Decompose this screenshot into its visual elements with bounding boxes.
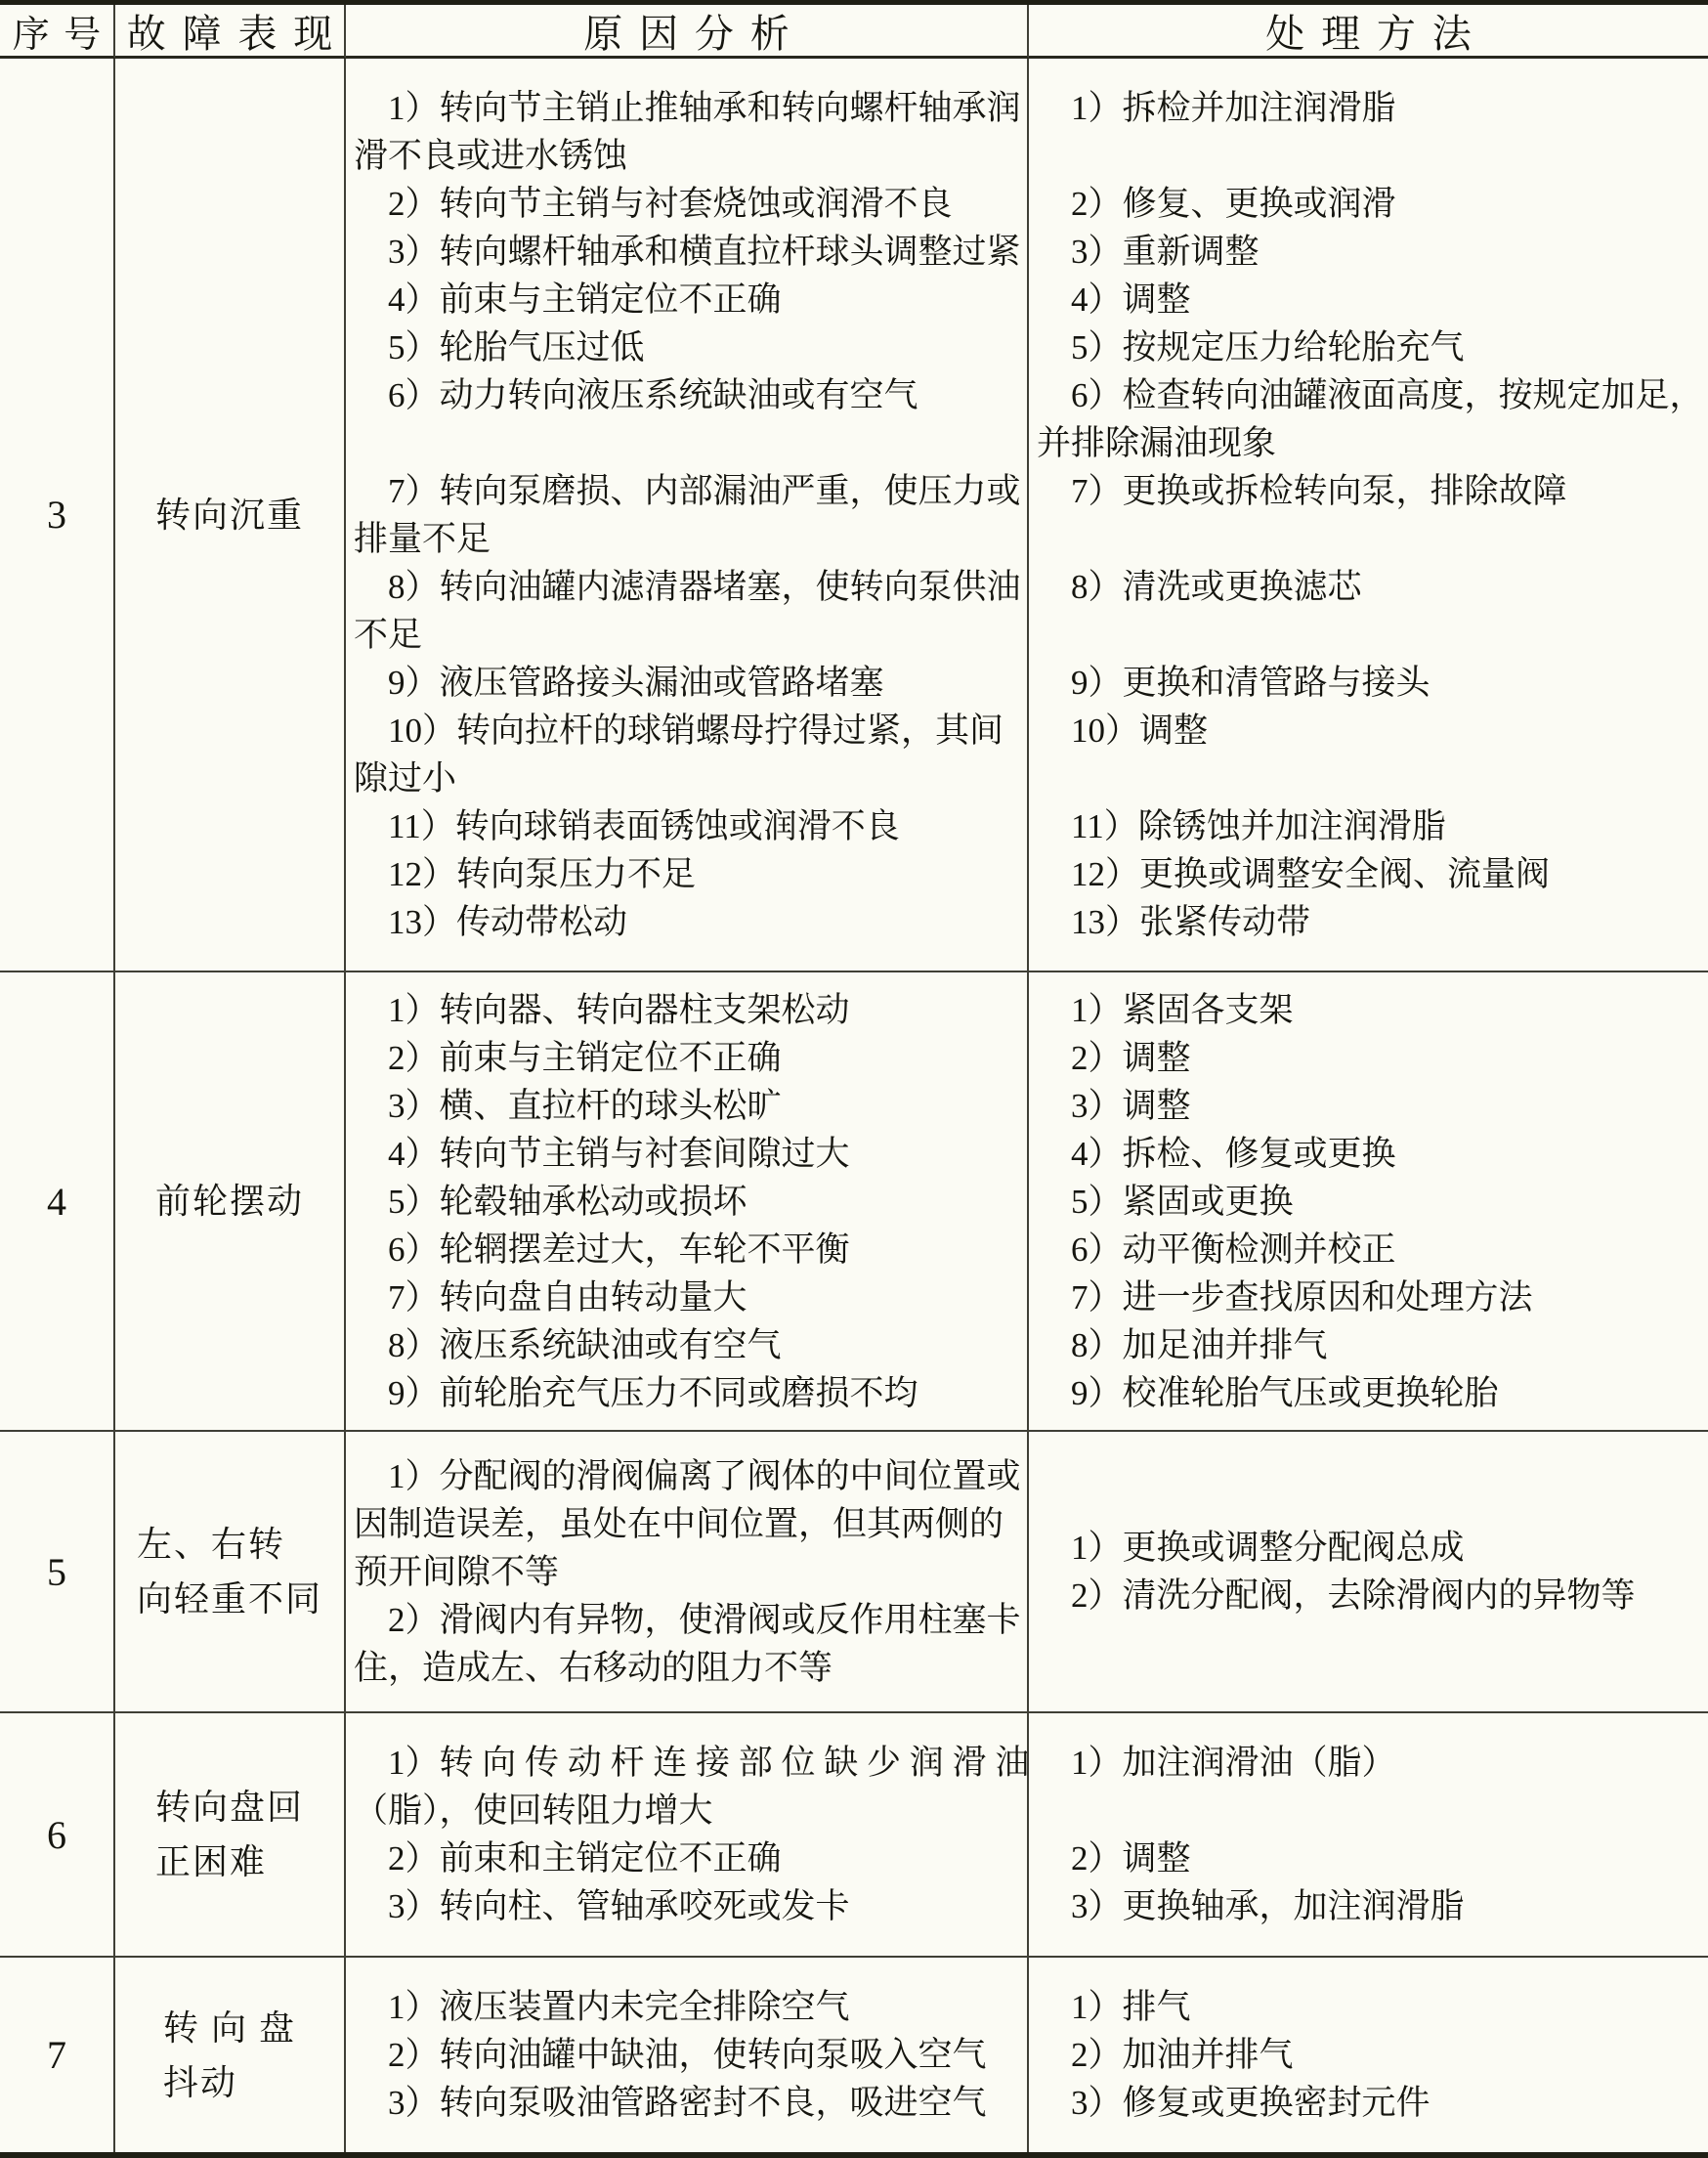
text-line: 4）拆检、修复或更换 xyxy=(1037,1130,1700,1178)
text-line: （脂），使回转阻力增大 xyxy=(354,1787,1019,1834)
treatment-method-cell: 1）加注润滑油（脂） 2）调整 3）更换轴承，加注润滑脂 xyxy=(1029,1713,1708,1958)
text-line: 1）加注润滑油（脂） xyxy=(1037,1739,1700,1787)
text-line: 5）按规定压力给轮胎充气 xyxy=(1037,324,1700,371)
row-number: 4 xyxy=(0,972,115,1432)
text-line: 住，造成左、右移动的阻力不等 xyxy=(354,1644,1019,1692)
text-line: 3）调整 xyxy=(1037,1082,1700,1130)
text-line: 2）滑阀内有异物，使滑阀或反作用柱塞卡 xyxy=(354,1596,1019,1644)
fault-label-line: 抖动 xyxy=(163,2055,296,2110)
text-line: 1）转 向 传 动 杆 连 接 部 位 缺 少 润 滑 油 xyxy=(354,1739,1019,1787)
text-line xyxy=(1037,1787,1700,1834)
text-line: 8）加足油并排气 xyxy=(1037,1321,1700,1369)
text-line: 排量不足 xyxy=(354,515,1019,563)
fault-label: 转向盘回正困难 xyxy=(155,1780,304,1889)
text-line: 8）液压系统缺油或有空气 xyxy=(354,1321,1019,1369)
text-line: 1）转向器、转向器柱支架松动 xyxy=(354,986,1019,1034)
fault-label-cell: 转 向 盘抖动 xyxy=(115,1958,346,2152)
text-line: 3）更换轴承，加注润滑脂 xyxy=(1037,1882,1700,1930)
text-line: 5）轮胎气压过低 xyxy=(354,324,1019,371)
text-line: 2）前束和主销定位不正确 xyxy=(354,1834,1019,1882)
fault-table: 序号 故障表现 原因分析 处理方法 3转向沉重 1）转向节主销止推轴承和转向螺杆… xyxy=(0,0,1708,2158)
text-line: 并排除漏油现象 xyxy=(1037,419,1700,467)
text-line: 1）紧固各支架 xyxy=(1037,986,1700,1034)
text-line: 8）转向油罐内滤清器堵塞，使转向泵供油 xyxy=(354,563,1019,611)
text-line: 1）排气 xyxy=(1037,1983,1700,2031)
text-line: 8）清洗或更换滤芯 xyxy=(1037,563,1700,611)
text-line: 3）修复或更换密封元件 xyxy=(1037,2079,1700,2127)
fault-label-line: 正困难 xyxy=(155,1834,304,1889)
fault-label-line: 前轮摆动 xyxy=(155,1174,304,1229)
text-line: 隙过小 xyxy=(354,755,1019,802)
text-line: 9）前轮胎充气压力不同或磨损不均 xyxy=(354,1369,1019,1417)
text-line: 11）除锈蚀并加注润滑脂 xyxy=(1037,802,1700,850)
text-line: 13）张紧传动带 xyxy=(1037,898,1700,946)
text-line: 10）转向拉杆的球销螺母拧得过紧，其间 xyxy=(354,707,1019,755)
text-line xyxy=(1037,515,1700,563)
text-line: 9）液压管路接头漏油或管路堵塞 xyxy=(354,659,1019,707)
text-line: 不足 xyxy=(354,611,1019,659)
text-line: 1）转向节主销止推轴承和转向螺杆轴承润 xyxy=(354,84,1019,132)
text-line: 1）分配阀的滑阀偏离了阀体的中间位置或 xyxy=(354,1452,1019,1500)
fault-label-cell: 转向盘回正困难 xyxy=(115,1713,346,1958)
text-line: 2）修复、更换或润滑 xyxy=(1037,180,1700,228)
text-line: 4）调整 xyxy=(1037,276,1700,324)
fault-label-cell: 左、右转向轻重不同 xyxy=(115,1432,346,1713)
header-cell-treatment: 处理方法 xyxy=(1029,5,1708,59)
row-number: 7 xyxy=(0,1958,115,2152)
text-line: 滑不良或进水锈蚀 xyxy=(354,132,1019,180)
header-cell-number: 序号 xyxy=(0,5,115,59)
treatment-method-cell: 1）紧固各支架 2）调整 3）调整 4）拆检、修复或更换 5）紧固或更换 6）动… xyxy=(1029,972,1708,1432)
fault-label: 左、右转向轻重不同 xyxy=(137,1517,322,1626)
header-cell-fault: 故障表现 xyxy=(115,5,346,59)
text-line: 2）调整 xyxy=(1037,1034,1700,1082)
fault-label-cell: 转向沉重 xyxy=(115,59,346,972)
fault-label-cell: 前轮摆动 xyxy=(115,972,346,1432)
text-line: 9）校准轮胎气压或更换轮胎 xyxy=(1037,1369,1700,1417)
header-cell-cause: 原因分析 xyxy=(346,5,1029,59)
text-line: 6）检查转向油罐液面高度，按规定加足， xyxy=(1037,371,1700,419)
fault-label-line: 转向盘回 xyxy=(155,1780,304,1834)
cause-analysis-cell: 1）转向节主销止推轴承和转向螺杆轴承润滑不良或进水锈蚀 2）转向节主销与衬套烧蚀… xyxy=(346,59,1029,972)
fault-label: 转 向 盘抖动 xyxy=(163,2001,296,2110)
fault-label-line: 左、右转 xyxy=(137,1517,322,1572)
text-line: 1）拆检并加注润滑脂 xyxy=(1037,84,1700,132)
text-line xyxy=(1037,755,1700,802)
cause-analysis-cell: 1）转向器、转向器柱支架松动 2）前束与主销定位不正确 3）横、直拉杆的球头松旷… xyxy=(346,972,1029,1432)
text-line: 预开间隙不等 xyxy=(354,1548,1019,1596)
text-line: 3）转向泵吸油管路密封不良，吸进空气 xyxy=(354,2079,1019,2127)
text-line: 7）转向泵磨损、内部漏油严重，使压力或 xyxy=(354,467,1019,515)
cause-analysis-cell: 1）分配阀的滑阀偏离了阀体的中间位置或因制造误差，虽处在中间位置，但其两侧的预开… xyxy=(346,1432,1029,1713)
cause-analysis-cell: 1）液压装置内未完全排除空气 2）转向油罐中缺油，使转向泵吸入空气 3）转向泵吸… xyxy=(346,1958,1029,2152)
text-line: 2）转向节主销与衬套烧蚀或润滑不良 xyxy=(354,180,1019,228)
text-line: 6）轮辋摆差过大，车轮不平衡 xyxy=(354,1226,1019,1273)
row-number: 3 xyxy=(0,59,115,972)
text-line: 12）转向泵压力不足 xyxy=(354,850,1019,898)
fault-label-line: 向轻重不同 xyxy=(137,1572,322,1626)
cause-analysis-cell: 1）转 向 传 动 杆 连 接 部 位 缺 少 润 滑 油（脂），使回转阻力增大… xyxy=(346,1713,1029,1958)
text-line: 2）清洗分配阀，去除滑阀内的异物等 xyxy=(1037,1572,1700,1619)
text-line: 6）动平衡检测并校正 xyxy=(1037,1226,1700,1273)
text-line: 2）前束与主销定位不正确 xyxy=(354,1034,1019,1082)
row-number: 6 xyxy=(0,1713,115,1958)
text-line: 4）转向节主销与衬套间隙过大 xyxy=(354,1130,1019,1178)
text-line: 1）更换或调整分配阀总成 xyxy=(1037,1524,1700,1572)
text-line: 10）调整 xyxy=(1037,707,1700,755)
text-line: 5）紧固或更换 xyxy=(1037,1178,1700,1226)
text-line: 6）动力转向液压系统缺油或有空气 xyxy=(354,371,1019,419)
text-line: 7）转向盘自由转动量大 xyxy=(354,1273,1019,1321)
treatment-method-cell: 1）更换或调整分配阀总成 2）清洗分配阀，去除滑阀内的异物等 xyxy=(1029,1432,1708,1713)
text-line: 12）更换或调整安全阀、流量阀 xyxy=(1037,850,1700,898)
text-line: 因制造误差，虽处在中间位置，但其两侧的 xyxy=(354,1500,1019,1548)
text-line: 2）加油并排气 xyxy=(1037,2031,1700,2079)
text-line: 3）转向柱、管轴承咬死或发卡 xyxy=(354,1882,1019,1930)
text-line: 2）转向油罐中缺油，使转向泵吸入空气 xyxy=(354,2031,1019,2079)
text-line: 4）前束与主销定位不正确 xyxy=(354,276,1019,324)
text-line: 5）轮毂轴承松动或损坏 xyxy=(354,1178,1019,1226)
text-line: 7）更换或拆检转向泵，排除故障 xyxy=(1037,467,1700,515)
text-line: 1）液压装置内未完全排除空气 xyxy=(354,1983,1019,2031)
text-line: 9）更换和清管路与接头 xyxy=(1037,659,1700,707)
text-line: 3）转向螺杆轴承和横直拉杆球头调整过紧 xyxy=(354,228,1019,276)
text-line: 11）转向球销表面锈蚀或润滑不良 xyxy=(354,802,1019,850)
text-line xyxy=(1037,611,1700,659)
fault-label: 转向沉重 xyxy=(155,488,304,542)
text-line xyxy=(354,419,1019,467)
fault-label-line: 转向沉重 xyxy=(155,488,304,542)
text-line: 7）进一步查找原因和处理方法 xyxy=(1037,1273,1700,1321)
text-line: 3）重新调整 xyxy=(1037,228,1700,276)
text-line: 2）调整 xyxy=(1037,1834,1700,1882)
text-line: 3）横、直拉杆的球头松旷 xyxy=(354,1082,1019,1130)
fault-label: 前轮摆动 xyxy=(155,1174,304,1229)
fault-label-line: 转 向 盘 xyxy=(163,2001,296,2055)
treatment-method-cell: 1）拆检并加注润滑脂 2）修复、更换或润滑 3）重新调整 4）调整 5）按规定压… xyxy=(1029,59,1708,972)
text-line xyxy=(1037,132,1700,180)
row-number: 5 xyxy=(0,1432,115,1713)
text-line: 13）传动带松动 xyxy=(354,898,1019,946)
treatment-method-cell: 1）排气 2）加油并排气 3）修复或更换密封元件 xyxy=(1029,1958,1708,2152)
